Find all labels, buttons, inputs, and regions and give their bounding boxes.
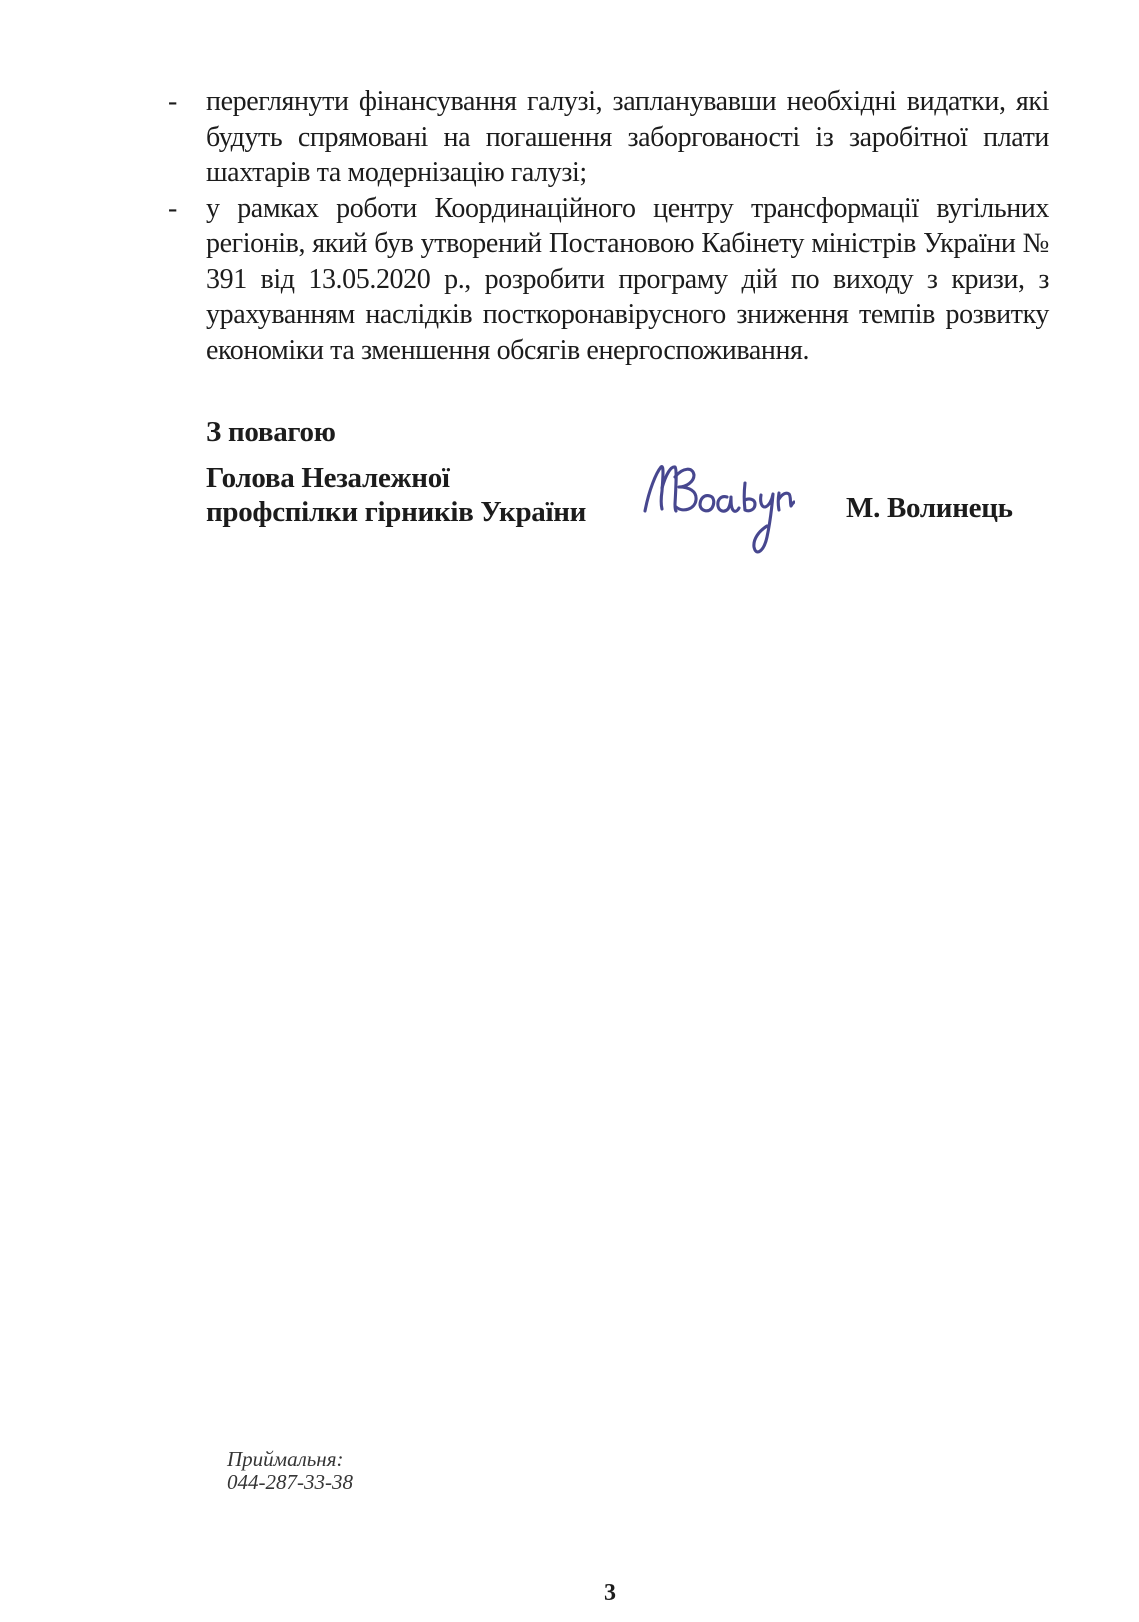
footer-contact: Приймальня: 044-287-33-38 bbox=[227, 1448, 353, 1494]
signer-name: М. Волинець bbox=[846, 492, 1013, 525]
signature-stroke bbox=[718, 497, 739, 512]
reception-phone: 044-287-33-38 bbox=[227, 1471, 353, 1494]
list-item: - у рамках роботи Координаційного центру… bbox=[168, 191, 1049, 369]
bullet-text: переглянути фінансування галузі, заплану… bbox=[206, 84, 1049, 191]
page-number: 3 bbox=[604, 1580, 616, 1607]
signature-stroke bbox=[778, 493, 779, 510]
signature-stroke bbox=[700, 496, 714, 511]
bullet-text: у рамках роботи Координаційного центру т… bbox=[206, 191, 1049, 369]
list-item: - переглянути фінансування галузі, запла… bbox=[168, 84, 1049, 191]
signature-stroke bbox=[744, 483, 755, 511]
document-page: - переглянути фінансування галузі, запла… bbox=[0, 0, 1139, 1622]
reception-label: Приймальня: bbox=[227, 1448, 353, 1471]
bullet-marker: - bbox=[168, 191, 177, 227]
signer-title-line2: профспілки гірників України bbox=[206, 495, 586, 529]
bullet-marker: - bbox=[168, 84, 177, 120]
handwritten-signature-icon bbox=[615, 433, 795, 563]
bullet-list: - переглянути фінансування галузі, запла… bbox=[168, 84, 1049, 368]
signature-stroke bbox=[645, 467, 663, 511]
signature-stroke bbox=[754, 494, 773, 552]
signer-title-line1: Голова Незалежної bbox=[206, 461, 586, 495]
signature-stroke bbox=[675, 469, 696, 510]
signer-title: Голова Незалежної профспілки гірників Ук… bbox=[206, 461, 586, 529]
signature-stroke bbox=[779, 493, 794, 506]
closing-salutation: З повагою bbox=[206, 416, 336, 449]
